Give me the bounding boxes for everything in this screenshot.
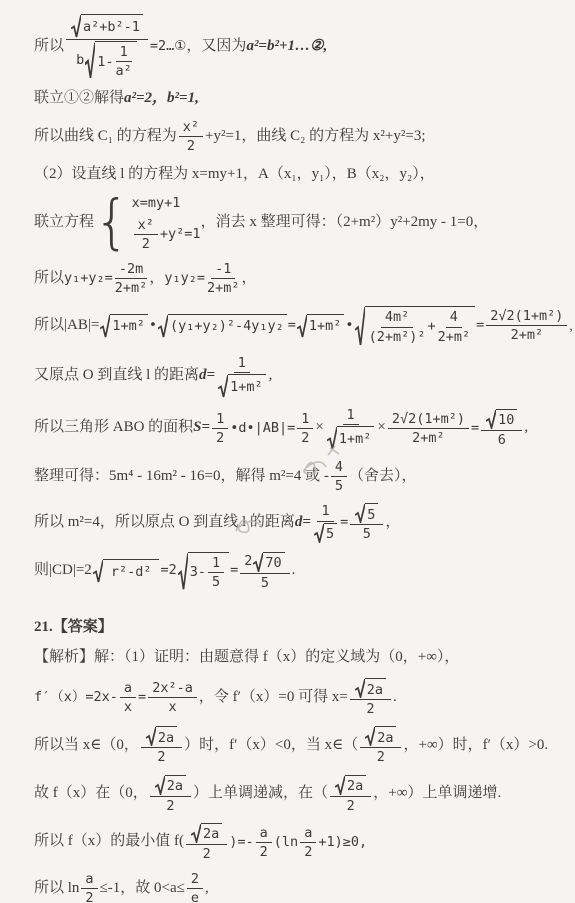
fraction: 5 5 xyxy=(350,503,383,542)
solution-line-8: 又原点 O 到直线 l 的距离 d= 1 1+m² , xyxy=(34,355,569,398)
radicand: 5 xyxy=(365,503,378,523)
numerator: 2a xyxy=(360,726,401,748)
fraction: 45 xyxy=(331,459,347,494)
text-run: 联立方程 xyxy=(34,212,94,234)
denominator: 2 xyxy=(347,797,355,814)
math-run: •d•|AB|= xyxy=(230,419,295,439)
radicand: 2a xyxy=(375,726,396,746)
denominator: 2 xyxy=(301,429,309,446)
square-root: 70 xyxy=(253,552,284,572)
radical-icon xyxy=(355,503,365,523)
text-run: 【解析】解：（1）证明：由题意得 f（x）的定义域为（0，+∞）， xyxy=(34,647,459,669)
math-run: d= xyxy=(295,512,311,534)
radical-icon xyxy=(253,552,263,572)
radicand: 4m²(2+m²)²+42+m² xyxy=(365,306,476,346)
dot-operator: • xyxy=(149,316,157,336)
fraction: 2√2(1+m²)2+m² xyxy=(388,411,469,446)
square-root: 2a xyxy=(365,726,396,746)
fraction: 2a 2 xyxy=(330,775,371,814)
solution-line-1: 所以 a²+b²-1 b 1-1a² =2…① ，又因为 a²=b²+1…②, xyxy=(34,14,569,79)
denominator: 2+m² xyxy=(438,328,471,345)
denominator: 1+m² xyxy=(326,425,376,450)
denominator: 2 xyxy=(85,889,93,903)
denominator: 2 xyxy=(304,843,312,860)
solution-line-9: 所以三角形 ABO 的面积 S= 12 •d•|AB|= 12 × 1 1+m²… xyxy=(34,407,569,450)
fraction: 2a 2 xyxy=(360,726,401,765)
denominator: (2+m²)² xyxy=(369,328,426,345)
text-run: （2）设直线 l 的方程为 x=my+1，A（x₁，y₁），B（x₂，y₂）， xyxy=(34,164,435,186)
fraction: 2a 2 xyxy=(350,678,391,717)
numerator: -1 xyxy=(211,261,235,279)
document-page: 所以 a²+b²-1 b 1-1a² =2…① ，又因为 a²=b²+1…②, … xyxy=(0,0,575,903)
text-run: 联立①②解得 xyxy=(34,88,124,110)
numerator: 2a xyxy=(141,726,182,748)
numerator: 1 xyxy=(212,411,228,429)
numerator: 2a xyxy=(350,678,391,700)
math-run: +1)≥0, xyxy=(318,833,367,853)
fraction: 2a 2 xyxy=(141,726,182,765)
denominator: 2+m² xyxy=(115,279,148,296)
solution-line-6: 所以 y₁+y₂= -2m2+m² ， y₁y₂= -12+m² ， xyxy=(34,261,569,296)
square-root: 1+m² xyxy=(327,426,375,450)
square-root: 1+m² xyxy=(100,314,148,338)
math-run: d= xyxy=(199,365,215,387)
numerator: -2m xyxy=(115,261,147,279)
radicand: 3-15 xyxy=(188,552,229,590)
radical-icon xyxy=(355,306,365,346)
radical-icon xyxy=(365,726,375,746)
denominator: 2 xyxy=(260,843,268,860)
denominator: 2+m² xyxy=(412,429,445,446)
math-run: y₁y₂= xyxy=(164,269,205,289)
text-run: , xyxy=(524,417,528,439)
radicand: a²+b²-1 xyxy=(81,14,143,38)
equals: = xyxy=(476,316,484,336)
equation-system: { x=my+1 x²2+y²=1 xyxy=(94,194,201,252)
fraction: 1 1+m² xyxy=(217,355,267,398)
text-run: ，令 f′（x）=0 可得 x= xyxy=(199,687,348,709)
square-root: a²+b²-1 xyxy=(71,14,143,38)
fraction: 10 6 xyxy=(481,409,522,448)
denominator: 2 xyxy=(187,137,195,154)
solution-line-12: 则|CD|=2 r²-d² =2 3-15 = 270 5 . xyxy=(34,552,569,591)
denominator: 6 xyxy=(498,431,506,448)
numerator: 4 xyxy=(331,459,347,477)
square-root: r²-d² xyxy=(93,559,160,583)
radicand: 1-1a² xyxy=(95,41,137,79)
radical-icon xyxy=(146,726,156,746)
fraction: 270 5 xyxy=(240,552,289,591)
text-run: 所以三角形 ABO 的面积 xyxy=(34,417,193,439)
square-root: (y₁+y₂)²-4y₁y₂ xyxy=(158,314,287,338)
answer-heading-21: 21.【答案】 xyxy=(34,617,569,639)
analysis-line-3: 所以当 x∈（0， 2a 2 ）时，f′（x）<0，当 x∈（ 2a 2 ，+∞… xyxy=(34,726,569,765)
radicand: 1+m² xyxy=(307,314,345,338)
radicand: 10 xyxy=(496,409,517,429)
square-root: 1+m² xyxy=(218,374,266,398)
numerator: a xyxy=(81,871,97,889)
radicand: 2a xyxy=(165,775,186,795)
square-root: 2a xyxy=(191,823,222,843)
equals: = xyxy=(138,688,146,708)
numerator: 4 xyxy=(446,309,462,327)
text-run: ）时，f′（x）<0，当 x∈（ xyxy=(184,735,358,757)
analysis-line-5: 所以 f（x）的最小值 f( 2a 2 )=- a2 (ln a2 +1)≥0, xyxy=(34,823,569,862)
text-run: 整理可得：5m⁴ - 16m² - 16=0，解得 m²=4 或 - xyxy=(34,466,329,488)
denominator: 2 xyxy=(157,748,165,765)
square-root: 2a xyxy=(355,678,386,698)
math-run: y₁+y₂= xyxy=(64,269,113,289)
text-run: ， xyxy=(149,268,164,290)
fraction: ax xyxy=(120,680,136,715)
radical-icon xyxy=(71,14,81,38)
radical-icon xyxy=(355,678,365,698)
text-run: （舍去）， xyxy=(349,466,417,488)
radical-icon xyxy=(297,314,307,338)
text-run: . xyxy=(292,560,296,582)
radicand: 70 xyxy=(263,552,284,572)
system-row: x²2+y²=1 xyxy=(132,217,201,252)
solution-line-2: 联立①②解得 a²=2，b²=1, xyxy=(34,88,569,110)
denominator: 2 xyxy=(377,748,385,765)
radicand: 2a xyxy=(365,678,386,698)
radical-icon xyxy=(100,314,110,338)
denominator: e xyxy=(191,889,199,903)
radicand: (y₁+y₂)²-4y₁y₂ xyxy=(168,314,287,338)
equals: = xyxy=(340,513,348,533)
radical-icon xyxy=(218,374,228,398)
numerator: a xyxy=(300,825,316,843)
fraction: a2 xyxy=(300,825,316,860)
radicand: 1+m² xyxy=(337,426,375,450)
denominator: b 1-1a² xyxy=(76,40,138,79)
numerator: 2√2(1+m²) xyxy=(486,308,567,326)
times-operator: × xyxy=(315,417,323,439)
radical-icon xyxy=(93,559,103,583)
numerator: a xyxy=(256,825,272,843)
fraction: 2a 2 xyxy=(150,775,191,814)
text-run: b xyxy=(76,52,84,68)
analysis-line-6: 所以 ln a2 ≤-1，故 0<a≤ 2e , xyxy=(34,871,569,903)
equation-result: =2…① xyxy=(150,37,187,57)
denominator: 5 xyxy=(335,477,343,494)
analysis-line-4: 故 f（x）在（0， 2a 2 ）上单调递减，在（ 2a 2 ，+∞）上单调递增… xyxy=(34,775,569,814)
text-run: 所以|AB|= xyxy=(34,315,99,337)
radical-icon xyxy=(85,41,95,79)
square-root: 1+m² xyxy=(297,314,345,338)
text-run: ，+∞）上单调递增. xyxy=(373,783,501,805)
text-run: 所以 xyxy=(34,268,64,290)
radicand: 1+m² xyxy=(228,374,266,398)
denominator: 2 xyxy=(216,429,224,446)
heading-text: 21.【答案】 xyxy=(34,617,113,639)
math-run: S= xyxy=(193,417,210,439)
solution-line-7: 所以|AB|= 1+m² • (y₁+y₂)²-4y₁y₂ = 1+m² • 4… xyxy=(34,306,569,346)
equals: = xyxy=(230,561,238,581)
times-operator: × xyxy=(377,417,385,439)
fraction: 2e xyxy=(187,871,203,903)
numerator: 1 xyxy=(297,411,313,429)
text-run: 所以 m²=4，所以原点 O 到直线 l 的距离 xyxy=(34,512,295,534)
text-run: 所以 f（x）的最小值 f( xyxy=(34,831,184,853)
radicand: 2a xyxy=(345,775,366,795)
text-run: 故 f（x）在（0， xyxy=(34,783,148,805)
solution-line-3: 所以曲线 C₁ 的方程为 x²2 +y²=1，曲线 C₂ 的方程为 x²+y²=… xyxy=(34,119,569,154)
denominator: 5 xyxy=(212,573,220,590)
text-run: , xyxy=(569,316,572,336)
radical-icon xyxy=(191,823,201,843)
radicand: 2a xyxy=(201,823,222,843)
numerator: 2√2(1+m²) xyxy=(388,411,469,429)
radicand: 2a xyxy=(156,726,177,746)
analysis-line-1: 【解析】解：（1）证明：由题意得 f（x）的定义域为（0，+∞）， xyxy=(34,647,569,669)
system-row: x=my+1 xyxy=(132,194,181,214)
solution-line-10: 整理可得：5m⁴ - 16m² - 16=0，解得 m²=4 或 - 45 （舍… xyxy=(34,459,569,494)
radical-icon xyxy=(314,523,324,543)
fraction: x²2 xyxy=(134,217,158,252)
denominator: 2+m² xyxy=(511,326,544,343)
text-run: ， xyxy=(241,268,256,290)
dot-operator: • xyxy=(345,316,353,336)
fraction: x²2 xyxy=(179,119,203,154)
fraction: 15 xyxy=(208,555,224,590)
fraction: 1 1+m² xyxy=(326,407,376,450)
fraction: 1 5 xyxy=(313,503,338,542)
radical-icon xyxy=(155,775,165,795)
numerator: a xyxy=(120,680,136,698)
text-run: +y²=1 xyxy=(160,225,201,245)
text-run: 又原点 O 到直线 l 的距离 xyxy=(34,365,199,387)
numerator: a²+b²-1 xyxy=(66,14,148,40)
solution-line-4: （2）设直线 l 的方程为 x=my+1，A（x₁，y₁），B（x₂，y₂）， xyxy=(34,164,569,186)
denominator: 5 xyxy=(313,522,338,543)
solution-line-11: 所以 m²=4，所以原点 O 到直线 l 的距离 d= 1 5 = 5 5 ， xyxy=(34,503,569,542)
radicand: 1+m² xyxy=(110,314,148,338)
denominator: x xyxy=(168,698,176,715)
fraction: 42+m² xyxy=(438,309,471,344)
fraction: -12+m² xyxy=(207,261,240,296)
numerator: 2 xyxy=(187,871,203,889)
denominator: 1+m² xyxy=(217,373,267,398)
fraction: -2m2+m² xyxy=(115,261,148,296)
radical-icon xyxy=(327,426,337,450)
numerator: 4m² xyxy=(381,309,413,327)
denominator: 5 xyxy=(363,525,371,542)
equals: = xyxy=(471,419,479,439)
square-root: 3-15 xyxy=(178,552,229,590)
fraction: 2√2(1+m²)2+m² xyxy=(486,308,567,343)
text-run: ，又因为 xyxy=(186,36,246,58)
radicand: 5 xyxy=(324,523,337,543)
text-run: ，消去 x 整理可得：（2+m²）y²+2my - 1=0， xyxy=(201,212,489,234)
text-run: 3- xyxy=(190,563,206,583)
system-rows: x=my+1 x²2+y²=1 xyxy=(132,194,201,252)
denominator: 2 xyxy=(203,845,211,862)
numerator: 1 xyxy=(234,355,250,373)
text-run: ， xyxy=(385,512,400,534)
math-run: a²=b²+1…②, xyxy=(246,36,327,58)
numerator: 2x²-a xyxy=(148,680,197,698)
fraction: 2x²-ax xyxy=(148,680,197,715)
text-run: 所以 xyxy=(34,36,64,58)
text-run: ≤-1，故 0<a≤ xyxy=(100,878,185,900)
numerator: 1 xyxy=(116,44,132,62)
radical-icon xyxy=(158,314,168,338)
square-root: 2a xyxy=(155,775,186,795)
square-root: 5 xyxy=(355,503,378,523)
math-run: )=- xyxy=(229,833,253,853)
denominator: 5 xyxy=(261,574,269,591)
numerator: 2a xyxy=(186,823,227,845)
fraction: a2 xyxy=(256,825,272,860)
solution-line-5: 联立方程 { x=my+1 x²2+y²=1 ，消去 x 整理可得：（2+m²）… xyxy=(34,194,569,252)
numerator: 270 xyxy=(240,552,289,574)
numerator: 5 xyxy=(350,503,383,525)
square-root: 2a xyxy=(335,775,366,795)
text-run: 所以当 x∈（0， xyxy=(34,735,139,757)
text-run: 则|CD|=2 xyxy=(34,560,92,582)
text-run: , xyxy=(269,365,273,387)
analysis-line-2: f′（x）=2x- ax = 2x²-ax ，令 f′（x）=0 可得 x= 2… xyxy=(34,678,569,717)
denominator: 2 xyxy=(142,235,150,252)
text-run: 所以 ln xyxy=(34,878,79,900)
fraction: 4m²(2+m²)² xyxy=(369,309,426,344)
numerator: 1 xyxy=(343,407,359,425)
equals: = xyxy=(288,316,296,336)
math-run: (ln xyxy=(274,833,298,853)
numerator: 2a xyxy=(330,775,371,797)
square-root: 5 xyxy=(314,523,337,543)
square-root: 4m²(2+m²)²+42+m² xyxy=(355,306,476,346)
fraction: 12 xyxy=(212,411,228,446)
numerator: 1 xyxy=(317,503,333,521)
left-brace: { xyxy=(94,194,130,253)
numerator: 2a xyxy=(150,775,191,797)
fraction: 2a 2 xyxy=(186,823,227,862)
denominator: 2+m² xyxy=(207,279,240,296)
denominator: x xyxy=(124,698,132,715)
text-run: , xyxy=(205,878,209,900)
text-run: . xyxy=(393,687,397,709)
fraction: a2 xyxy=(81,871,97,903)
denominator: 2 xyxy=(166,797,174,814)
radical-icon xyxy=(335,775,345,795)
text-run: ，+∞）时，f′（x）>0. xyxy=(403,735,548,757)
radical-icon xyxy=(178,552,188,590)
numerator: x² xyxy=(134,217,158,235)
fraction: a²+b²-1 b 1-1a² xyxy=(66,14,148,79)
square-root: 10 xyxy=(486,409,517,429)
radicand: r²-d² xyxy=(103,559,160,583)
text-run: 1- xyxy=(97,54,113,70)
fraction: 1a² xyxy=(116,44,132,79)
numerator: 10 xyxy=(481,409,522,431)
text-run: +y²=1，曲线 C₂ 的方程为 x²+y²=3; xyxy=(205,126,425,148)
text-run: 所以曲线 C₁ 的方程为 xyxy=(34,126,177,148)
fraction: 12 xyxy=(297,411,313,446)
square-root: 1-1a² xyxy=(85,41,137,79)
denominator: a² xyxy=(116,62,132,79)
plus-operator: + xyxy=(427,317,435,337)
equals: =2 xyxy=(160,561,176,581)
denominator: 2 xyxy=(366,700,374,717)
numerator: x² xyxy=(179,119,203,137)
square-root: 2a xyxy=(146,726,177,746)
text-run: ）上单调递减，在（ xyxy=(193,783,328,805)
numerator: 1 xyxy=(208,555,224,573)
math-run: f′（x）=2x- xyxy=(34,688,118,708)
math-run: a²=2，b²=1, xyxy=(124,88,199,110)
text-run: 2 xyxy=(244,553,252,569)
radical-icon xyxy=(486,409,496,429)
